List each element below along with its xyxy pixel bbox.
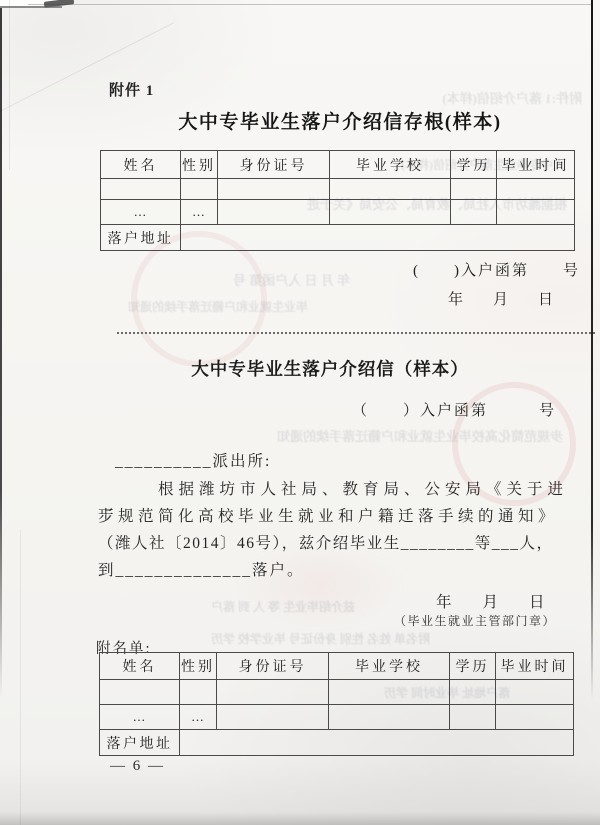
col-header-id-number: 身份证号: [218, 151, 330, 179]
table-row: ... ...: [101, 200, 575, 225]
stub-letter-number-line: ( )入户函第 号: [413, 259, 580, 280]
bleedthrough-text: 步规范简化高校毕业生就业和户籍迁落手续的通知: [95, 426, 563, 445]
body-text-line: 到______________落户。: [98, 558, 576, 580]
table-cell-empty: [497, 179, 575, 200]
col-header-school: 毕业学校: [330, 151, 451, 179]
table-footer-row: 落户地址: [100, 730, 574, 756]
scan-edge-right: [591, 0, 593, 700]
attached-list-table: 姓名 性别 身份证号 毕业学校 学历 毕业时间 ... ... 落户地址: [99, 652, 574, 756]
scan-edge-top: [28, 4, 593, 5]
table-cell-empty: [450, 705, 496, 730]
table-row: [101, 179, 575, 200]
col-header-degree: 学历: [451, 151, 497, 179]
attachment-label: 附件 1: [109, 79, 154, 100]
table-cell-ellipsis: ...: [181, 200, 218, 225]
table-cell-ellipsis: ...: [101, 200, 181, 225]
table-cell-empty: [451, 200, 497, 225]
table-cell-empty: [218, 200, 330, 225]
table-cell-empty: [218, 179, 330, 200]
table-footer-row: 落户地址: [101, 225, 575, 251]
paper-crease: [0, 22, 174, 118]
stub-table: 姓名 性别 身份证号 毕业学校 学历 毕业时间 ... ... 落户地址: [100, 150, 575, 251]
table-cell-empty: [330, 179, 451, 200]
table-cell-ellipsis: ...: [180, 705, 217, 730]
table-cell-empty: [181, 179, 218, 200]
table-cell-empty: [330, 200, 451, 225]
col-header-grad-date: 毕业时间: [496, 653, 574, 680]
body-text-line: 步规范简化高校毕业生就业和户籍迁落手续的通知》: [98, 504, 576, 526]
settle-address-value-cell: [180, 730, 574, 756]
col-header-name: 姓名: [100, 653, 180, 680]
col-header-degree: 学历: [450, 653, 496, 680]
paper-crease: [9, 0, 10, 170]
table-cell-empty: [329, 680, 450, 705]
table-cell-empty: [329, 705, 450, 730]
stub-date-line: 年 月 日: [448, 288, 553, 309]
body-text-line: （潍人社〔2014〕46号），兹介绍毕业生________等___人，: [98, 531, 576, 553]
paper-fold-line: [20, 530, 21, 825]
bleedthrough-text: 兹介绍毕业生 等 人 到 落户: [85, 598, 355, 615]
list-table-header-row: 姓名 性别 身份证号 毕业学校 学历 毕业时间: [100, 653, 574, 680]
stub-title: 大中专毕业生落户介绍信存根(样本): [80, 107, 600, 134]
salutation-line: __________派出所:: [115, 449, 271, 471]
table-row: ... ...: [100, 705, 574, 730]
table-cell-empty: [496, 680, 574, 705]
letter-date-line: 年 月 日: [436, 590, 545, 612]
table-cell-ellipsis: ...: [100, 705, 180, 730]
letter-title: 大中专毕业生落户介绍信（样本）: [80, 356, 580, 381]
scanned-document-page: 附件:1 落户介绍信(样本) 大中专毕业生落户介绍信(样本) 根据潍坊市人社局、…: [0, 0, 600, 825]
bleedthrough-text: 附件:1 落户介绍信(样本): [320, 88, 582, 107]
seal-annotation: （毕业生就业主管部门章）: [394, 612, 556, 629]
settle-address-value-cell: [181, 225, 575, 251]
table-cell-empty: [101, 179, 181, 200]
table-cell-empty: [451, 179, 497, 200]
col-header-gender: 性别: [181, 151, 218, 179]
settle-address-label: 落户地址: [100, 730, 180, 756]
col-header-gender: 性别: [180, 653, 217, 680]
table-cell-empty: [217, 680, 329, 705]
bleedthrough-text: 年 月 日 入户函第 号: [95, 270, 350, 289]
settle-address-label: 落户地址: [101, 225, 181, 251]
bleedthrough-text: 毕业生就业和户籍迁落手续的通知: [68, 298, 308, 315]
col-header-name: 姓名: [101, 151, 181, 179]
page-number: — 6 —: [110, 758, 165, 775]
col-header-school: 毕业学校: [329, 653, 450, 680]
table-cell-empty: [497, 200, 575, 225]
table-cell-empty: [450, 680, 496, 705]
table-cell-empty: [217, 705, 329, 730]
seal-bleedthrough-smudge: [235, 540, 405, 630]
table-cell-empty: [496, 705, 574, 730]
table-row: [100, 680, 574, 705]
table-cell-empty: [180, 680, 217, 705]
cut-line-separator: [117, 332, 595, 334]
table-cell-empty: [100, 680, 180, 705]
stub-table-header-row: 姓名 性别 身份证号 毕业学校 学历 毕业时间: [101, 151, 575, 179]
col-header-id-number: 身份证号: [217, 653, 329, 680]
col-header-grad-date: 毕业时间: [497, 151, 575, 179]
letter-number-line: （ ）入户函第 号: [352, 399, 556, 420]
scan-bottom-shadow: [0, 812, 600, 825]
